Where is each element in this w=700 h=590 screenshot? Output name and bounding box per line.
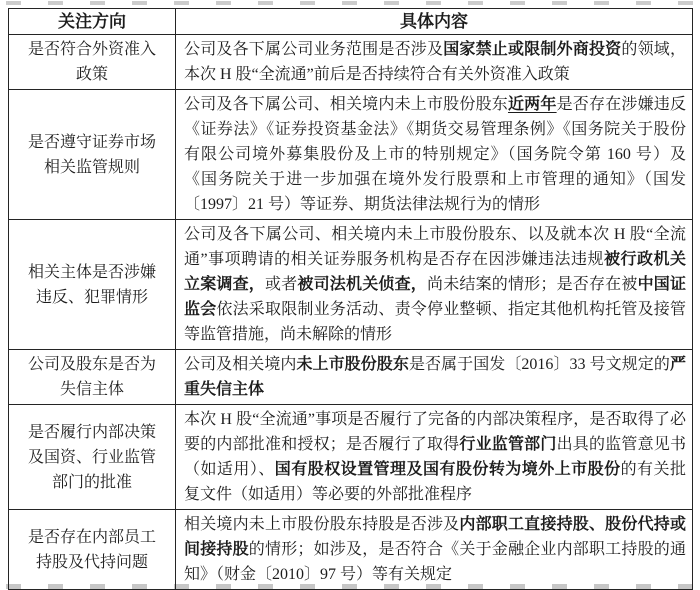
direction-cell: 是否履行内部决策及国资、行业监管部门的批准 — [9, 405, 176, 510]
table-row: 相关主体是否涉嫌违反、犯罪情形公司及各下属公司、相关境内未上市股份股东、以及就本… — [9, 220, 693, 350]
header-row: 关注方向 具体内容 — [9, 9, 693, 35]
table-row: 是否遵守证券市场相关监管规则公司及各下属公司、相关境内未上市股份股东近两年是否存… — [9, 90, 693, 220]
content-cell: 本次 H 股“全流通”事项是否履行了完备的内部决策程序，是否取得了必要的内部批准… — [176, 405, 693, 510]
content-emphasis-segment: 近两年 — [508, 96, 557, 113]
direction-cell: 是否符合外资准入政策 — [9, 35, 176, 90]
content-emphasis-segment: 被司法机关侦查， — [297, 276, 427, 293]
content-text-segment: 依法采取限制业务活动、责令停业整顿、指定其他机构托管及接管等监管措施，尚未解除的… — [184, 301, 686, 343]
content-emphasis-segment: 行业监管部门 — [459, 436, 556, 453]
content-text-segment: 或者 — [265, 276, 297, 293]
content-text-segment: 的情形；如涉及，是否符合《关于金融企业内部职工持股的通知》（财金〔2010〕97… — [184, 541, 686, 583]
table-row: 是否履行内部决策及国资、行业监管部门的批准本次 H 股“全流通”事项是否履行了完… — [9, 405, 693, 510]
content-text-segment: 相关境内未上市股份股东持股是否涉及 — [184, 516, 459, 533]
content-cell: 公司及各下属公司、相关境内未上市股份股东近两年是否存在涉嫌违反《证券法》《证券投… — [176, 90, 693, 220]
content-text-segment: 公司及相关境内 — [184, 356, 296, 373]
header-direction: 关注方向 — [9, 9, 176, 35]
hshare-review-table: 关注方向 具体内容 是否符合外资准入政策公司及各下属公司业务范围是否涉及国家禁止… — [8, 8, 693, 590]
table-row: 是否存在内部员工持股及代持问题相关境内未上市股份股东持股是否涉及内部职工直接持股… — [9, 510, 693, 590]
content-emphasis-segment: 未上市股份股东 — [296, 356, 408, 373]
content-text-segment: 是否属于国发〔2016〕33 号文规定的 — [409, 356, 670, 373]
content-cell: 公司及各下属公司、相关境内未上市股份股东、以及就本次 H 股“全流通”事项聘请的… — [176, 220, 693, 350]
table-row: 公司及股东是否为失信主体公司及相关境内未上市股份股东是否属于国发〔2016〕33… — [9, 350, 693, 405]
scan-artifact-top — [6, 1, 700, 5]
content-cell: 相关境内未上市股份股东持股是否涉及内部职工直接持股、股份代持或间接持股的情形；如… — [176, 510, 693, 590]
content-text-segment: 公司及各下属公司、相关境内未上市股份股东 — [184, 96, 508, 113]
table-row: 是否符合外资准入政策公司及各下属公司业务范围是否涉及国家禁止或限制外商投资的领域… — [9, 35, 693, 90]
content-text-segment: 是否存在涉嫌违反《证券法》《证券投资基金法》《期货交易管理条例》《国务院关于股份… — [184, 96, 686, 213]
direction-cell: 相关主体是否涉嫌违反、犯罪情形 — [9, 220, 176, 350]
content-cell: 公司及各下属公司业务范围是否涉及国家禁止或限制外商投资的领域，本次 H 股“全流… — [176, 35, 693, 90]
content-text-segment: 公司及各下属公司业务范围是否涉及 — [184, 41, 443, 58]
content-emphasis-segment: 国家禁止或限制外商投资 — [443, 41, 621, 58]
content-cell: 公司及相关境内未上市股份股东是否属于国发〔2016〕33 号文规定的严重失信主体 — [176, 350, 693, 405]
header-content: 具体内容 — [176, 9, 693, 35]
direction-cell: 公司及股东是否为失信主体 — [9, 350, 176, 405]
direction-cell: 是否存在内部员工持股及代持问题 — [9, 510, 176, 590]
content-emphasis-segment: 国有股权设置管理及国有股份转为境外上市股份 — [275, 461, 621, 478]
content-text-segment: 尚未结案的情形；是否存在被 — [427, 276, 638, 293]
direction-cell: 是否遵守证券市场相关监管规则 — [9, 90, 176, 220]
